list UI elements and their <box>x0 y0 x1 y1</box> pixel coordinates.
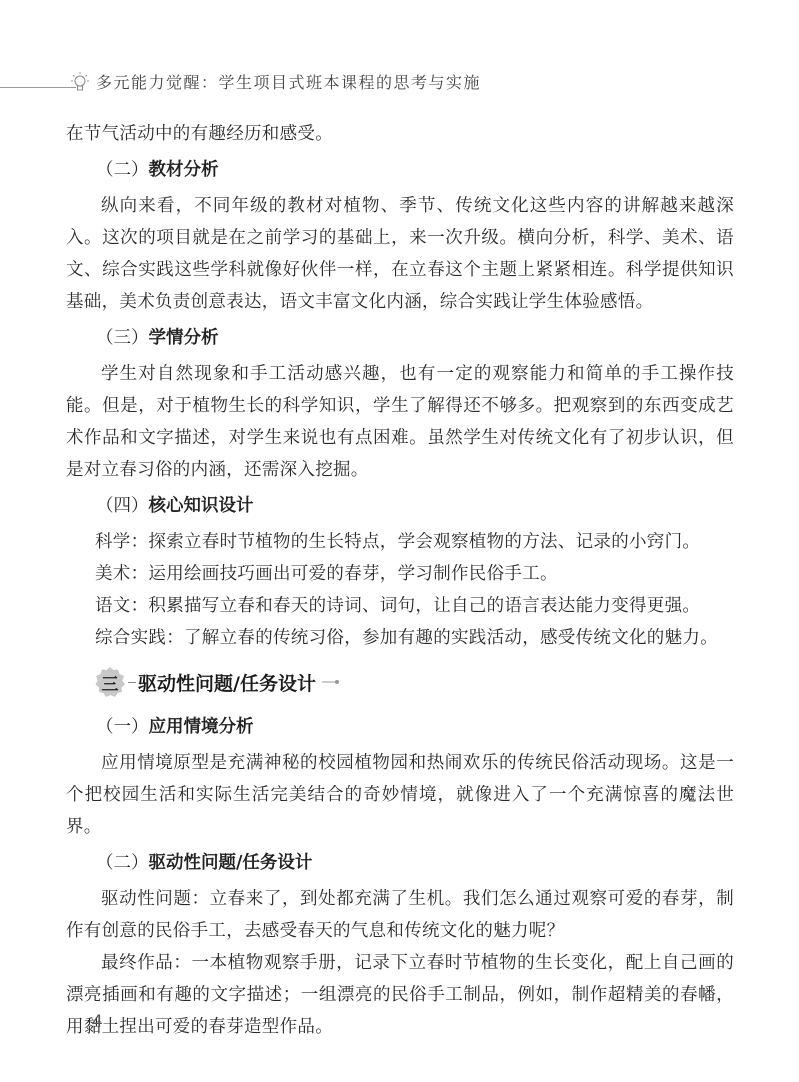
learner-paragraph: 学生对自然现象和手工活动感兴趣，也有一定的观察能力和简单的手工操作技能。但是，对… <box>66 358 734 486</box>
textbook-paragraph: 纵向来看，不同年级的教材对植物、季节、传统文化这些内容的讲解越来越深入。这次的项… <box>66 190 734 318</box>
driving-question-paragraph: 驱动性问题：立春来了，到处都充满了生机。我们怎么通过观察可爱的春芽，制作有创意的… <box>66 883 734 947</box>
core-item-art: 美术：运用绘画技巧画出可爱的春芽，学习制作民俗手工。 <box>66 558 734 590</box>
subheading-number: （四） <box>96 496 149 516</box>
subheading-title: 教材分析 <box>149 160 219 180</box>
section-heading: 三 驱动性问题/任务设计 <box>66 660 734 704</box>
lightbulb-icon <box>68 70 92 94</box>
subheading-title: 学情分析 <box>149 328 219 348</box>
subheading-number: （二） <box>96 853 149 873</box>
core-item-chinese: 语文：积累描写立春和春天的诗词、词句，让自己的语言表达能力变得更强。 <box>66 590 734 622</box>
core-item-science: 科学：探索立春时节植物的生长特点，学会观察植物的方法、记录的小窍门。 <box>66 526 734 558</box>
subheading-core: （四）核心知识设计 <box>66 489 734 523</box>
subheading-number: （一） <box>96 717 149 737</box>
subheading-title: 驱动性问题/任务设计 <box>149 853 313 873</box>
connector-line <box>128 682 136 683</box>
page-number: 4 <box>92 1012 103 1032</box>
section-badge: 三 <box>94 666 126 698</box>
page-body: 在节气活动中的有趣经历和感受。 （二）教材分析 纵向来看，不同年级的教材对植物、… <box>66 118 734 1043</box>
final-product-paragraph: 最终作品：一本植物观察手册，记录下立春时节植物的生长变化，配上自己画的漂亮插画和… <box>66 947 734 1043</box>
subheading-number: （三） <box>96 328 149 348</box>
subheading-number: （二） <box>96 160 149 180</box>
running-header: 多元能力觉醒：学生项目式班本课程的思考与实施 <box>0 64 520 94</box>
subheading-context: （一）应用情境分析 <box>66 710 734 744</box>
context-paragraph: 应用情境原型是充满神秘的校园植物园和热闹欢乐的传统民俗活动现场。这是一个把校园生… <box>66 747 734 843</box>
subheading-title: 核心知识设计 <box>149 496 254 516</box>
subheading-driving: （二）驱动性问题/任务设计 <box>66 846 734 880</box>
subheading-textbook: （二）教材分析 <box>66 153 734 187</box>
subheading-title: 应用情境分析 <box>149 717 254 737</box>
book-title: 多元能力觉醒：学生项目式班本课程的思考与实施 <box>96 70 481 93</box>
section-title: 驱动性问题/任务设计 <box>138 669 316 696</box>
continuation-paragraph: 在节气活动中的有趣经历和感受。 <box>66 118 734 150</box>
subheading-learner: （三）学情分析 <box>66 321 734 355</box>
core-item-practice: 综合实践：了解立春的传统习俗，参加有趣的实践活动，感受传统文化的魅力。 <box>66 622 734 654</box>
section-number: 三 <box>94 666 126 698</box>
arrow-right-icon <box>322 678 340 686</box>
header-rule <box>0 87 76 88</box>
